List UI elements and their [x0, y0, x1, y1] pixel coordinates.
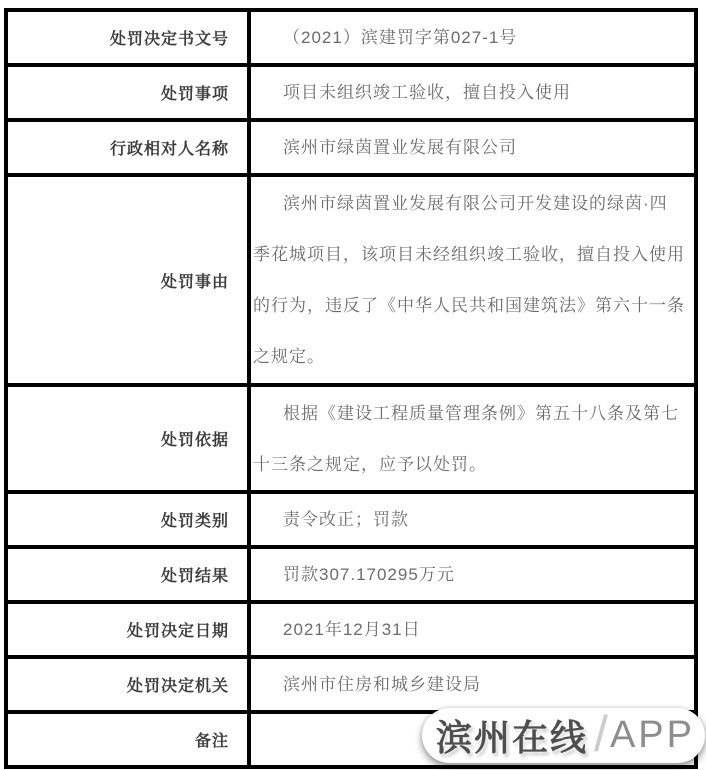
- row-value: 根据《建设工程质量管理条例》第五十八条及第七 十三条之规定，应予以处罚。: [249, 385, 696, 492]
- table-row-penalty-result: 处罚结果 罚款307.170295万元: [6, 547, 696, 602]
- row-label: 处罚依据: [6, 385, 249, 492]
- row-label: 处罚类别: [6, 492, 249, 547]
- row-value: （2021）滨建罚字第027-1号: [249, 10, 696, 65]
- watermark-suffix: APP: [610, 714, 695, 757]
- table-row-penalty-basis: 处罚依据 根据《建设工程质量管理条例》第五十八条及第七 十三条之规定，应予以处罚…: [6, 385, 696, 492]
- row-label: 处罚决定机关: [6, 657, 249, 712]
- table-row-document-number: 处罚决定书文号 （2021）滨建罚字第027-1号: [6, 10, 696, 65]
- row-value: 罚款307.170295万元: [249, 547, 696, 602]
- watermark-site-name: 滨州在线: [436, 710, 588, 761]
- row-value: 滨州市绿茵置业发展有限公司: [249, 120, 696, 175]
- row-value-line: 滨州市绿茵置业发展有限公司: [253, 122, 690, 173]
- row-value: 责令改正；罚款: [249, 492, 696, 547]
- table-row-penalty-matter: 处罚事项 项目未组织竣工验收，擅自投入使用: [6, 65, 696, 120]
- row-value-line: 十三条之规定，应予以处罚。: [253, 439, 690, 490]
- row-value-line: 责令改正；罚款: [253, 494, 690, 545]
- row-value-line: 2021年12月31日: [253, 604, 690, 655]
- table-row-decision-date: 处罚决定日期 2021年12月31日: [6, 602, 696, 657]
- row-value-line: 的行为，违反了《中华人民共和国建筑法》第六十一条: [253, 280, 690, 331]
- row-value-line: 之规定。: [253, 331, 690, 382]
- penalty-table: 处罚决定书文号 （2021）滨建罚字第027-1号 处罚事项 项目未组织竣工验收…: [4, 8, 698, 769]
- row-value: 2021年12月31日: [249, 602, 696, 657]
- row-label: 处罚决定日期: [6, 602, 249, 657]
- row-value-line: （2021）滨建罚字第027-1号: [253, 12, 690, 63]
- row-value: 滨州市绿茵置业发展有限公司开发建设的绿茵·四 季花城项目，该项目未经组织竣工验收…: [249, 175, 696, 385]
- row-value-line: 季花城项目，该项目未经组织竣工验收，擅自投入使用: [253, 229, 690, 280]
- watermark-badge: 滨州在线 / APP: [422, 708, 705, 763]
- row-value-line: 根据《建设工程质量管理条例》第五十八条及第七: [253, 388, 690, 439]
- row-value: 滨州市住房和城乡建设局: [249, 657, 696, 712]
- row-value-line: 滨州市住房和城乡建设局: [253, 659, 690, 710]
- row-value-line: 项目未组织竣工验收，擅自投入使用: [253, 67, 690, 118]
- table-row-penalty-reason: 处罚事由 滨州市绿茵置业发展有限公司开发建设的绿茵·四 季花城项目，该项目未经组…: [6, 175, 696, 385]
- table-row-party-name: 行政相对人名称 滨州市绿茵置业发展有限公司: [6, 120, 696, 175]
- watermark-slash: /: [594, 709, 608, 759]
- row-value-line: 滨州市绿茵置业发展有限公司开发建设的绿茵·四: [253, 178, 690, 229]
- table-row-penalty-category: 处罚类别 责令改正；罚款: [6, 492, 696, 547]
- row-value-line: 罚款307.170295万元: [253, 549, 690, 600]
- row-label: 备注: [6, 712, 249, 767]
- row-label: 处罚事由: [6, 175, 249, 385]
- row-value: 项目未组织竣工验收，擅自投入使用: [249, 65, 696, 120]
- page: 处罚决定书文号 （2021）滨建罚字第027-1号 处罚事项 项目未组织竣工验收…: [0, 0, 706, 770]
- row-label: 行政相对人名称: [6, 120, 249, 175]
- row-label: 处罚决定书文号: [6, 10, 249, 65]
- row-label: 处罚事项: [6, 65, 249, 120]
- row-label: 处罚结果: [6, 547, 249, 602]
- table-row-decision-authority: 处罚决定机关 滨州市住房和城乡建设局: [6, 657, 696, 712]
